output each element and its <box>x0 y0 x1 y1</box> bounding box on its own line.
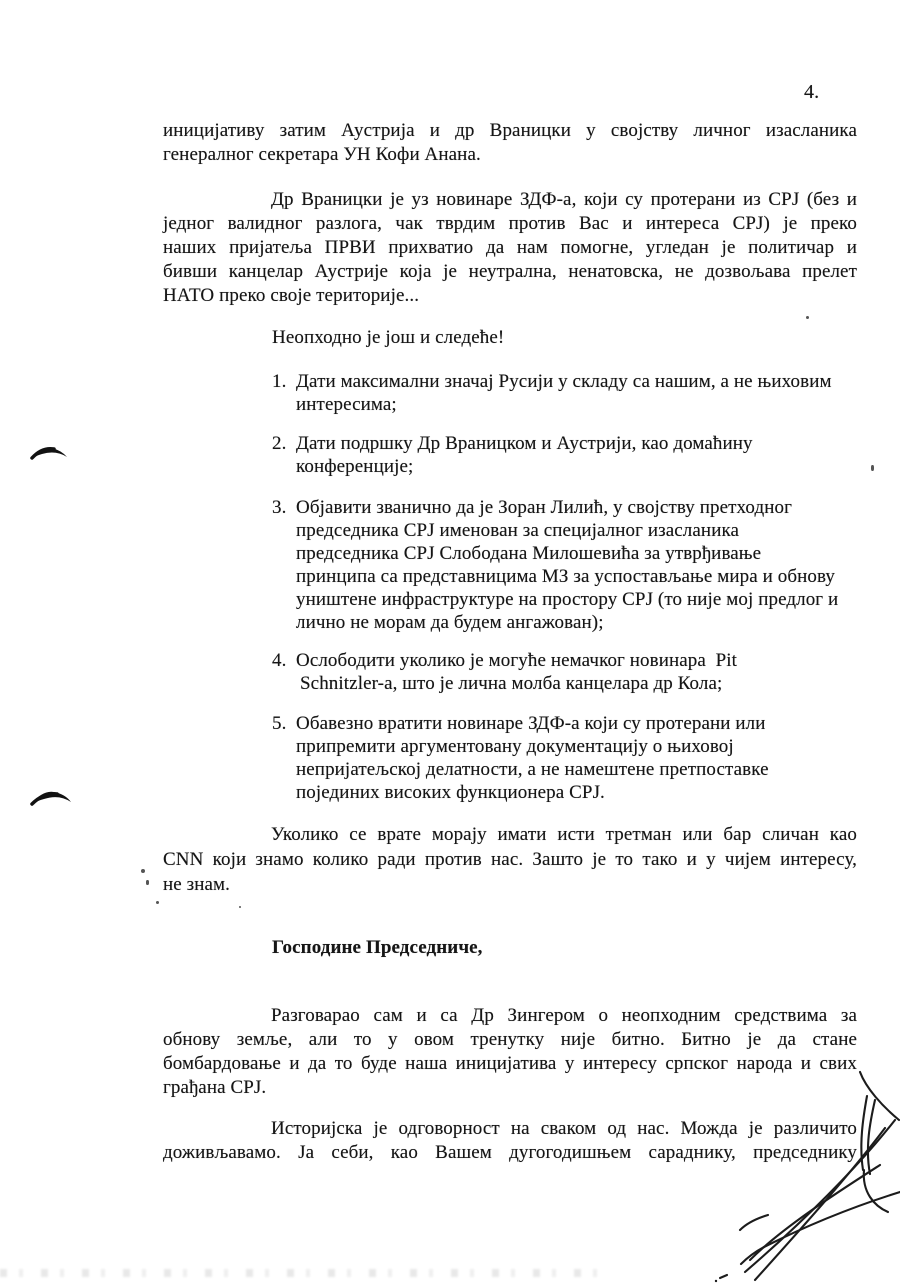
list-item-number: 3. <box>272 496 286 520</box>
text-line: НАТО преко своје територије... <box>163 284 857 308</box>
text-line: лично не морам да будем ангажован); <box>296 611 862 634</box>
text-line: једног валидног разлога, чак тврдим прот… <box>163 212 857 236</box>
text-line: бивши канцелар Аустрије која је неутралн… <box>163 260 857 284</box>
text-line: Ослободити уколико је могуће немачког но… <box>296 649 862 672</box>
list-item-number: 1. <box>272 370 286 394</box>
text-line: генералног секретара УН Кофи Анана. <box>163 143 857 167</box>
scan-speck <box>146 880 149 885</box>
text-line: Обавезно вратити новинаре ЗДФ-а који су … <box>296 712 862 735</box>
list-item-number: 4. <box>272 649 286 673</box>
text-line: Др Враницки је уз новинаре ЗДФ-а, који с… <box>163 188 857 212</box>
list-item-number: 5. <box>272 712 286 736</box>
note-line: Неопходно је још и следеће! <box>272 326 872 350</box>
scan-speck <box>156 901 159 904</box>
text-line: интересима; <box>296 393 862 416</box>
paragraph-3: Уколико се врате морају имати исти третм… <box>163 822 857 897</box>
text-line: појединих високих функционера СРЈ. <box>296 781 862 804</box>
scan-speck <box>239 906 241 908</box>
text-line: не знам. <box>163 872 857 897</box>
paragraph-1: иницијативу затим Аустрија и др Враницки… <box>163 119 857 167</box>
text-line: Schnitzler-а, што је лична молба канцела… <box>296 672 862 695</box>
text-line: принципа са представницима МЗ за успоста… <box>296 565 862 588</box>
text-line: уништене инфраструктуре на простору СРЈ … <box>296 588 862 611</box>
signature-scribble <box>688 1062 900 1284</box>
scan-artifact-arc-mark <box>30 787 74 811</box>
text-line: наших пријатеља ПРВИ прихватио да нам по… <box>163 236 857 260</box>
text-line: непријатељској делатности, а не намештен… <box>296 758 862 781</box>
page-number: 4. <box>804 80 819 104</box>
scanned-document-page: 4. иницијативу затим Аустрија и др Врани… <box>0 0 900 1284</box>
text-line: конференције; <box>296 455 862 478</box>
text-line: припремити аргументовану документацију о… <box>296 735 862 758</box>
text-line: Дати максимални значај Русији у складу с… <box>296 370 862 393</box>
text-line: иницијативу затим Аустрија и др Враницки… <box>163 119 857 143</box>
list-item-2: 2. Дати подршку Др Враницком и Аустрији,… <box>272 432 862 478</box>
text-line: Уколико се врате морају имати исти третм… <box>163 822 857 847</box>
text-line: обнову земље, али то у овом тренутку ниј… <box>163 1028 857 1052</box>
text-line: председника СРЈ именован за специјалног … <box>296 519 862 542</box>
list-item-4: 4. Ослободити уколико је могуће немачког… <box>272 649 862 695</box>
scan-speck <box>871 465 874 471</box>
list-item-1: 1. Дати максимални значај Русији у склад… <box>272 370 862 416</box>
scan-artifact-arc-mark <box>30 443 70 465</box>
text-line: Разговарао сам и са Др Зингером о неопхо… <box>163 1004 857 1028</box>
salutation: Господине Председниче, <box>272 936 872 960</box>
text-line: председника СРЈ Слободана Милошевића за … <box>296 542 862 565</box>
scan-speck <box>806 316 809 319</box>
list-item-number: 2. <box>272 432 286 456</box>
list-item-3: 3. Објавити званично да је Зоран Лилић, … <box>272 496 862 634</box>
paragraph-2: Др Враницки је уз новинаре ЗДФ-а, који с… <box>163 188 857 308</box>
text-line: CNN који знамо колико ради против нас. З… <box>163 847 857 872</box>
text-line: Објавити званично да је Зоран Лилић, у с… <box>296 496 862 519</box>
list-item-5: 5. Обавезно вратити новинаре ЗДФ-а који … <box>272 712 862 804</box>
text-line: Дати подршку Др Враницком и Аустрији, ка… <box>296 432 862 455</box>
scan-speck <box>141 869 145 873</box>
scan-noise-band <box>0 1269 600 1277</box>
